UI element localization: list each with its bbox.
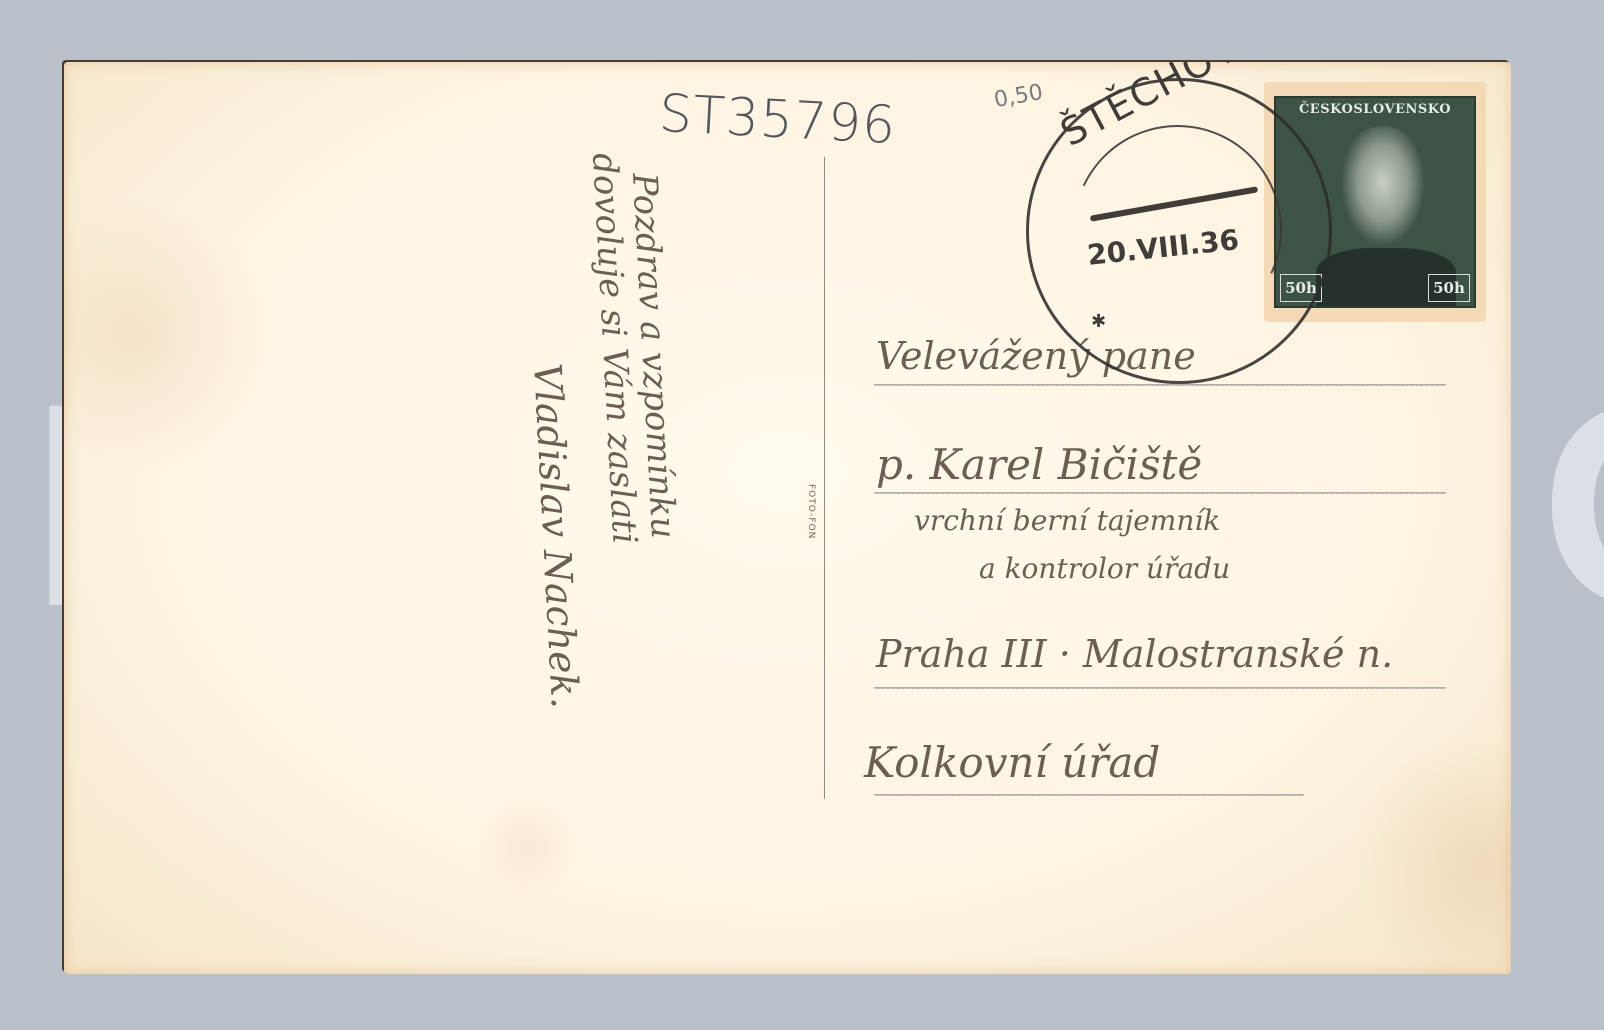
postmark: ŠTĚCHOVICE 20.VIII.36 ✱ [1026,78,1332,384]
address-recipient: p. Karel Bičiště [876,440,1202,489]
address-title-2: a kontrolor úřadu [979,552,1230,585]
address-city: Praha III · Malostranské n. [876,632,1393,676]
address-rule-4 [874,794,1304,796]
publisher-label: FOTO-FON [806,482,816,541]
address-rule-3 [874,687,1446,689]
address-rule-1 [874,384,1446,386]
price-note: 0,50 [992,80,1045,113]
stamp-country: ČESKOSLOVENSKO [1276,102,1474,117]
signature: Vladislav Nachek. [525,362,587,710]
address-title-1: vrchní berní tajemník [914,504,1220,537]
address-office: Kolkovní úřad [864,738,1160,787]
postmark-star-icon: ✱ [1091,311,1106,332]
inventory-code: ST35796 [658,84,898,156]
watermark-right: O [1540,375,1604,635]
center-divider [824,157,825,799]
postcard: ST35796 0,50 FOTO-FON Pozdrav a vzpomínk… [64,62,1511,974]
stamp-value-right: 50h [1428,274,1470,302]
address-rule-2 [874,492,1446,494]
